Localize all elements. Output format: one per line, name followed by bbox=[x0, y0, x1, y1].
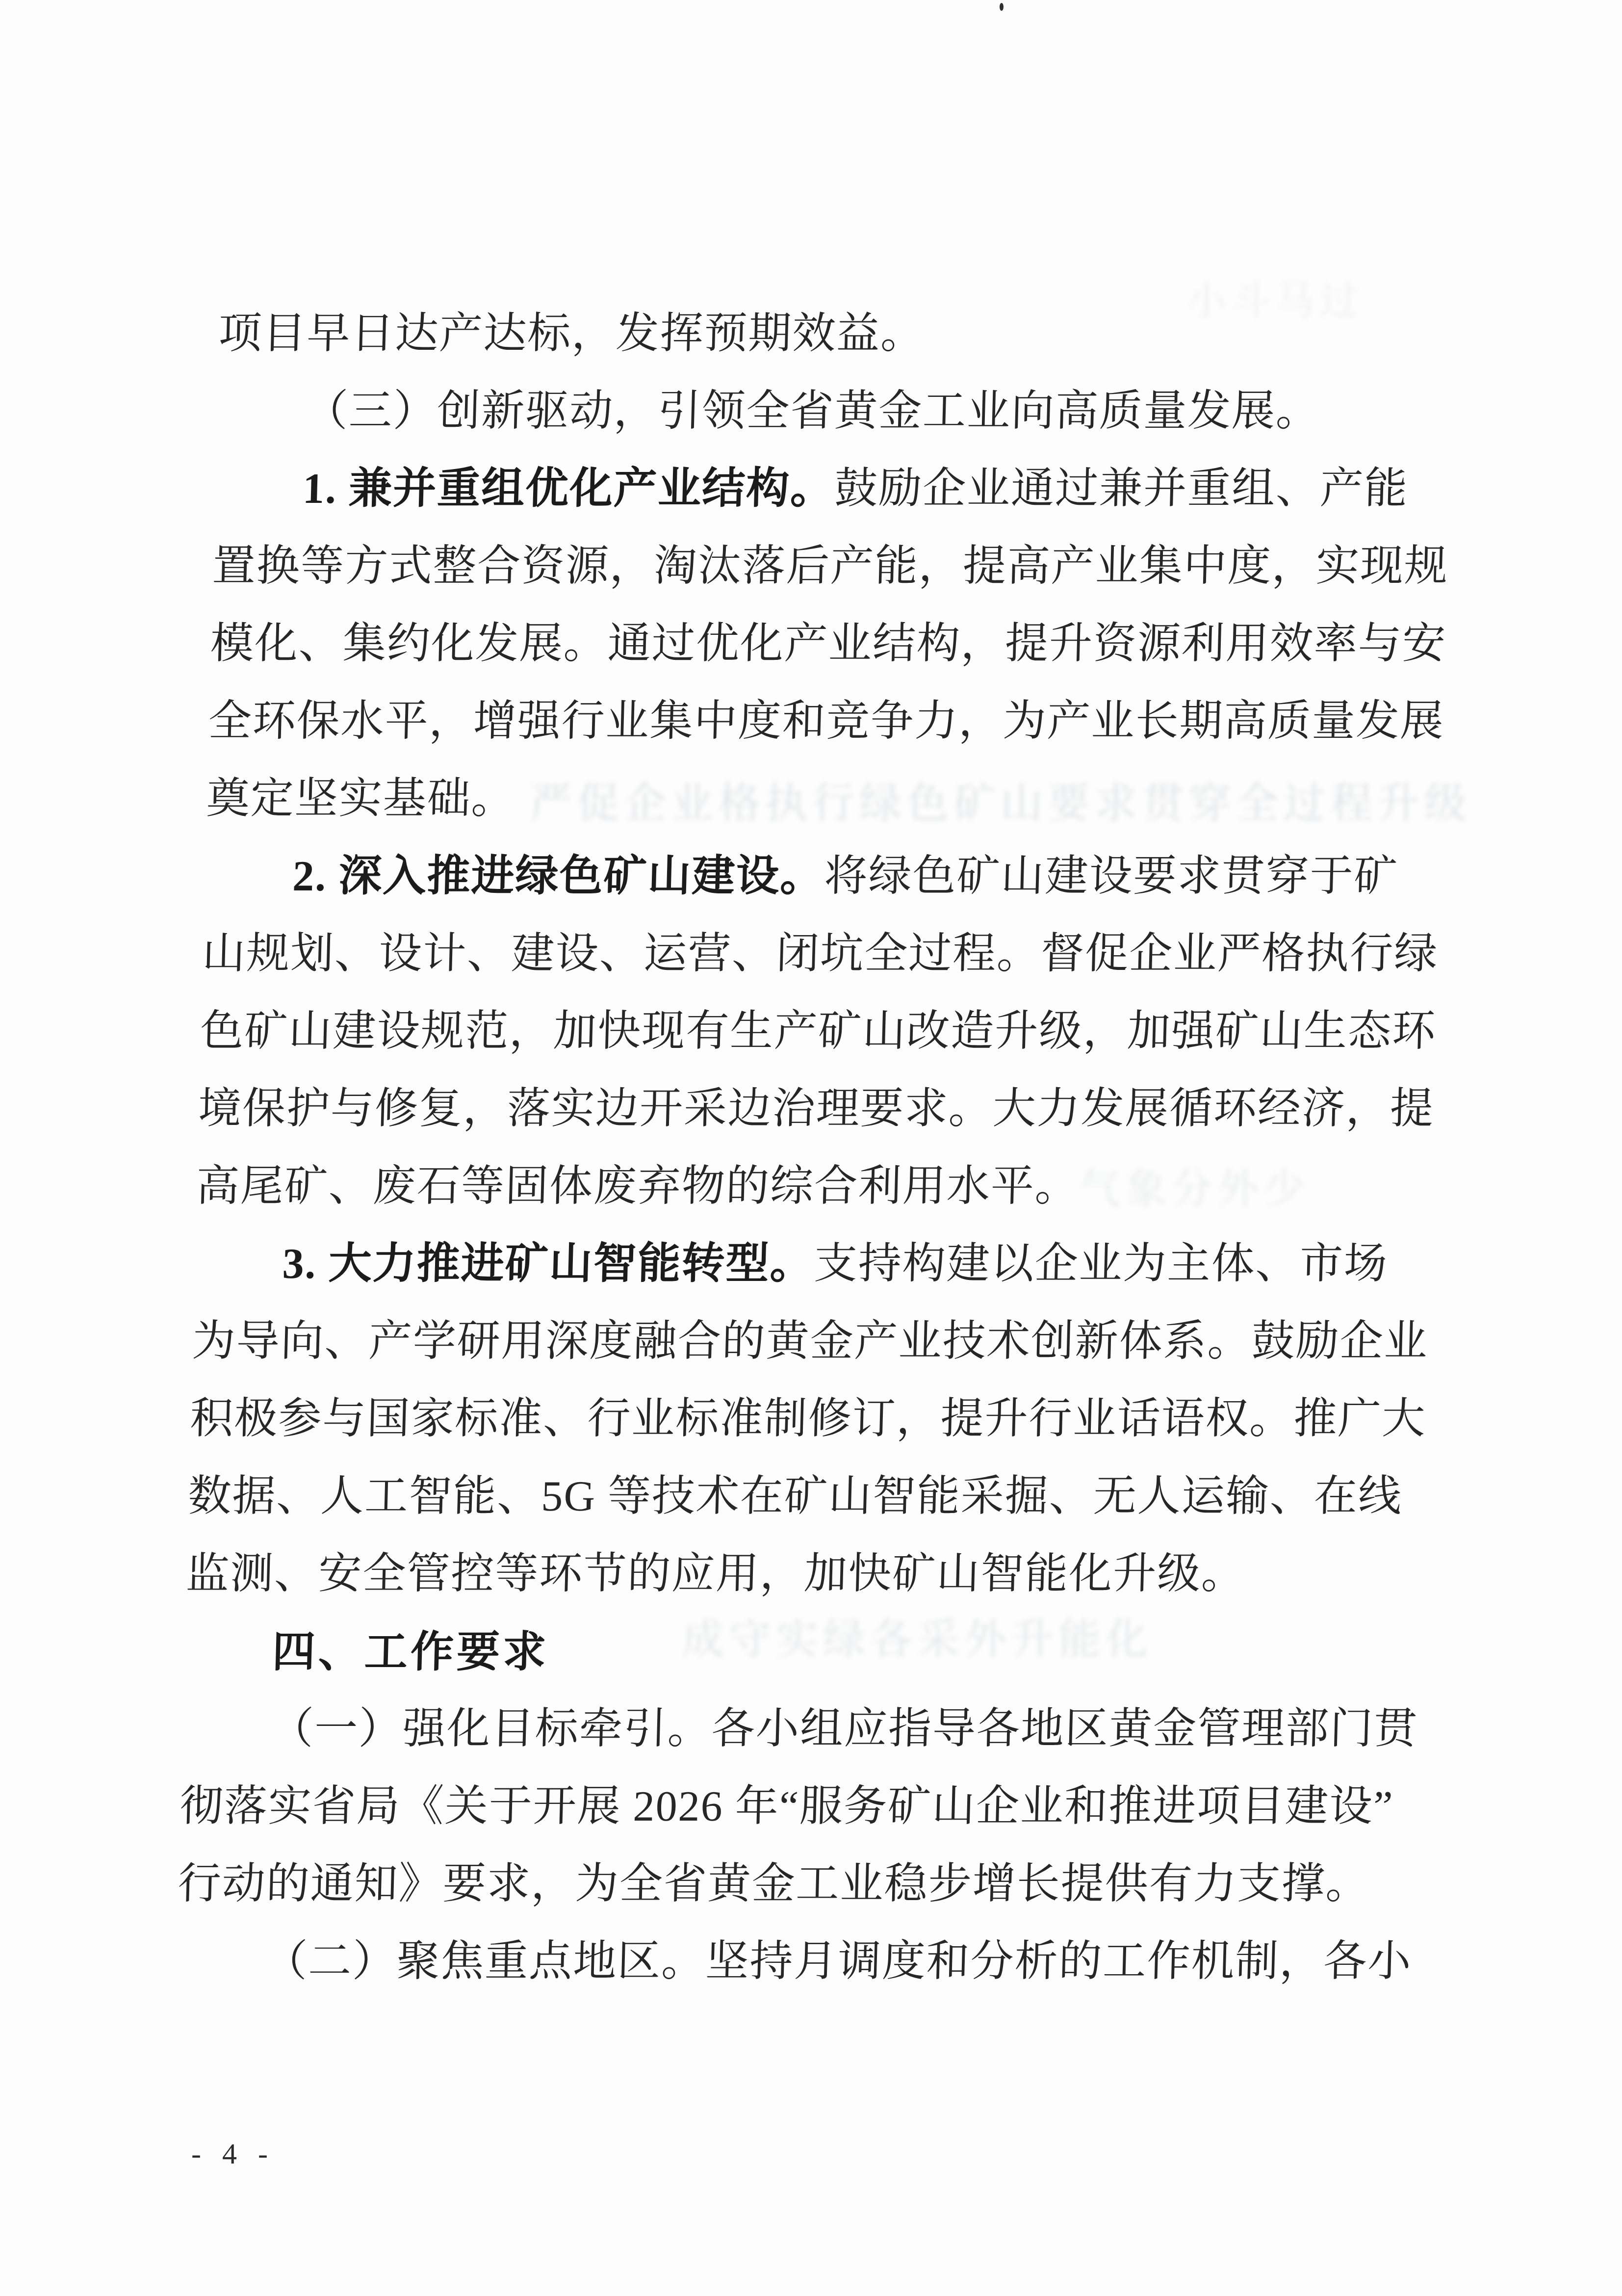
text-line: 色矿山建设规范，加快现有生产矿山改造升级，加强矿山生态环 bbox=[199, 993, 1437, 1070]
text-line: （三）创新驱动，引领全省黄金工业向高质量发展。 bbox=[215, 373, 1453, 450]
text-line: 2. 深入推进绿色矿山建设。将绿色矿山建设要求贯穿于矿 bbox=[203, 838, 1441, 915]
text-line: 置换等方式整合资源，淘汰落后产能，提高产业集中度，实现规 bbox=[211, 528, 1449, 605]
text-line: （一）强化目标牵引。各小组应指导各地区黄金管理部门贯 bbox=[181, 1691, 1419, 1768]
scan-speck bbox=[1000, 3, 1004, 11]
text-segment: （一）强化目标牵引。各小组应指导各地区黄金管理部门贯 bbox=[270, 1705, 1419, 1753]
text-segment: 支持构建以企业为主体、市场 bbox=[814, 1240, 1389, 1288]
text-line: 境保护与修复，落实边开采边治理要求。大力发展循环经济，提 bbox=[197, 1070, 1435, 1148]
text-segment: 全环保水平，增强行业集中度和竞争力，为产业长期高质量发展 bbox=[207, 698, 1445, 745]
text-segment: 山规划、设计、建设、运营、闭坑全过程。督促企业严格执行绿 bbox=[202, 930, 1439, 978]
bold-lead-segment: 四、工作要求 bbox=[272, 1627, 550, 1676]
text-line: 行动的通知》要求，为全省黄金工业稳步增长提供有力支撑。 bbox=[177, 1846, 1415, 1923]
text-segment: （三）创新驱动，引领全省黄金工业向高质量发展。 bbox=[304, 388, 1321, 435]
page-number: - 4 - bbox=[191, 2137, 275, 2171]
text-line: 全环保水平，增强行业集中度和竞争力，为产业长期高质量发展 bbox=[207, 683, 1445, 760]
text-segment: 数据、人工智能、5G 等技术在矿山智能采掘、无人运输、在线 bbox=[187, 1473, 1403, 1520]
text-segment: 积极参与国家标准、行业标准制修订，提升行业话语权。推广大 bbox=[189, 1395, 1427, 1443]
text-line: 彻落实省局《关于开展 2026 年“服务矿山企业和推进项目建设” bbox=[179, 1768, 1417, 1846]
text-segment: 模化、集约化发展。通过优化产业结构，提升资源利用效率与安 bbox=[210, 620, 1447, 668]
text-line: 模化、集约化发展。通过优化产业结构，提升资源利用效率与安 bbox=[209, 605, 1447, 683]
bold-lead-segment: 3. 大力推进矿山智能转型。 bbox=[282, 1240, 815, 1288]
text-segment: 置换等方式整合资源，淘汰落后产能，提高产业集中度，实现规 bbox=[212, 543, 1449, 590]
bold-lead-segment: 2. 深入推进绿色矿山建设。 bbox=[292, 853, 825, 900]
text-segment: （二）聚焦重点地区。坚持月调度和分析的工作机制，各小 bbox=[263, 1938, 1413, 1985]
text-segment: 项目早日达产达标，发挥预期效益。 bbox=[218, 310, 926, 358]
text-line: 1. 兼并重组优化产业结构。鼓励企业通过兼并重组、产能 bbox=[213, 450, 1451, 528]
text-line: 项目早日达产达标，发挥预期效益。 bbox=[217, 295, 1455, 373]
text-line: 山规划、设计、建设、运营、闭坑全过程。督促企业严格执行绿 bbox=[201, 915, 1439, 993]
text-segment: 彻落实省局《关于开展 2026 年“服务矿山企业和推进项目建设” bbox=[180, 1783, 1394, 1830]
text-segment: 色矿山建设规范，加快现有生产矿山改造升级，加强矿山生态环 bbox=[200, 1008, 1437, 1055]
bold-lead-segment: 1. 兼并重组优化产业结构。 bbox=[302, 465, 835, 513]
body-text: 项目早日达产达标，发挥预期效益。（三）创新驱动，引领全省黄金工业向高质量发展。1… bbox=[175, 295, 1455, 2001]
text-segment: 将绿色矿山建设要求贯穿于矿 bbox=[824, 853, 1399, 900]
text-line: 奠定坚实基础。 bbox=[206, 760, 1443, 838]
document-page: 项目早日达产达标，发挥预期效益。（三）创新驱动，引领全省黄金工业向高质量发展。1… bbox=[0, 0, 1622, 2296]
section-heading-line: 四、工作要求 bbox=[183, 1613, 1421, 1691]
text-line: 3. 大力推进矿山智能转型。支持构建以企业为主体、市场 bbox=[193, 1226, 1431, 1303]
text-line: 积极参与国家标准、行业标准制修订，提升行业话语权。推广大 bbox=[189, 1381, 1427, 1458]
text-line: 高尾矿、废石等固体废弃物的综合利用水平。 bbox=[195, 1148, 1433, 1226]
text-segment: 行动的通知》要求，为全省黄金工业稳步增长提供有力支撑。 bbox=[177, 1860, 1370, 1908]
text-segment: 为导向、产学研用深度融合的黄金产业技术创新体系。鼓励企业 bbox=[191, 1318, 1429, 1365]
text-line: 数据、人工智能、5G 等技术在矿山智能采掘、无人运输、在线 bbox=[187, 1458, 1425, 1536]
text-line: 监测、安全管控等环节的应用，加快矿山智能化升级。 bbox=[185, 1536, 1423, 1613]
text-line: 为导向、产学研用深度融合的黄金产业技术创新体系。鼓励企业 bbox=[191, 1303, 1429, 1381]
text-segment: 奠定坚实基础。 bbox=[206, 775, 516, 823]
text-segment: 鼓励企业通过兼并重组、产能 bbox=[834, 465, 1409, 513]
text-line: （二）聚焦重点地区。坚持月调度和分析的工作机制，各小 bbox=[175, 1923, 1413, 2001]
text-segment: 高尾矿、废石等固体废弃物的综合利用水平。 bbox=[196, 1163, 1080, 1210]
text-segment: 境保护与修复，落实边开采边治理要求。大力发展循环经济，提 bbox=[198, 1085, 1435, 1133]
text-segment: 监测、安全管控等环节的应用，加快矿山智能化升级。 bbox=[185, 1550, 1246, 1598]
